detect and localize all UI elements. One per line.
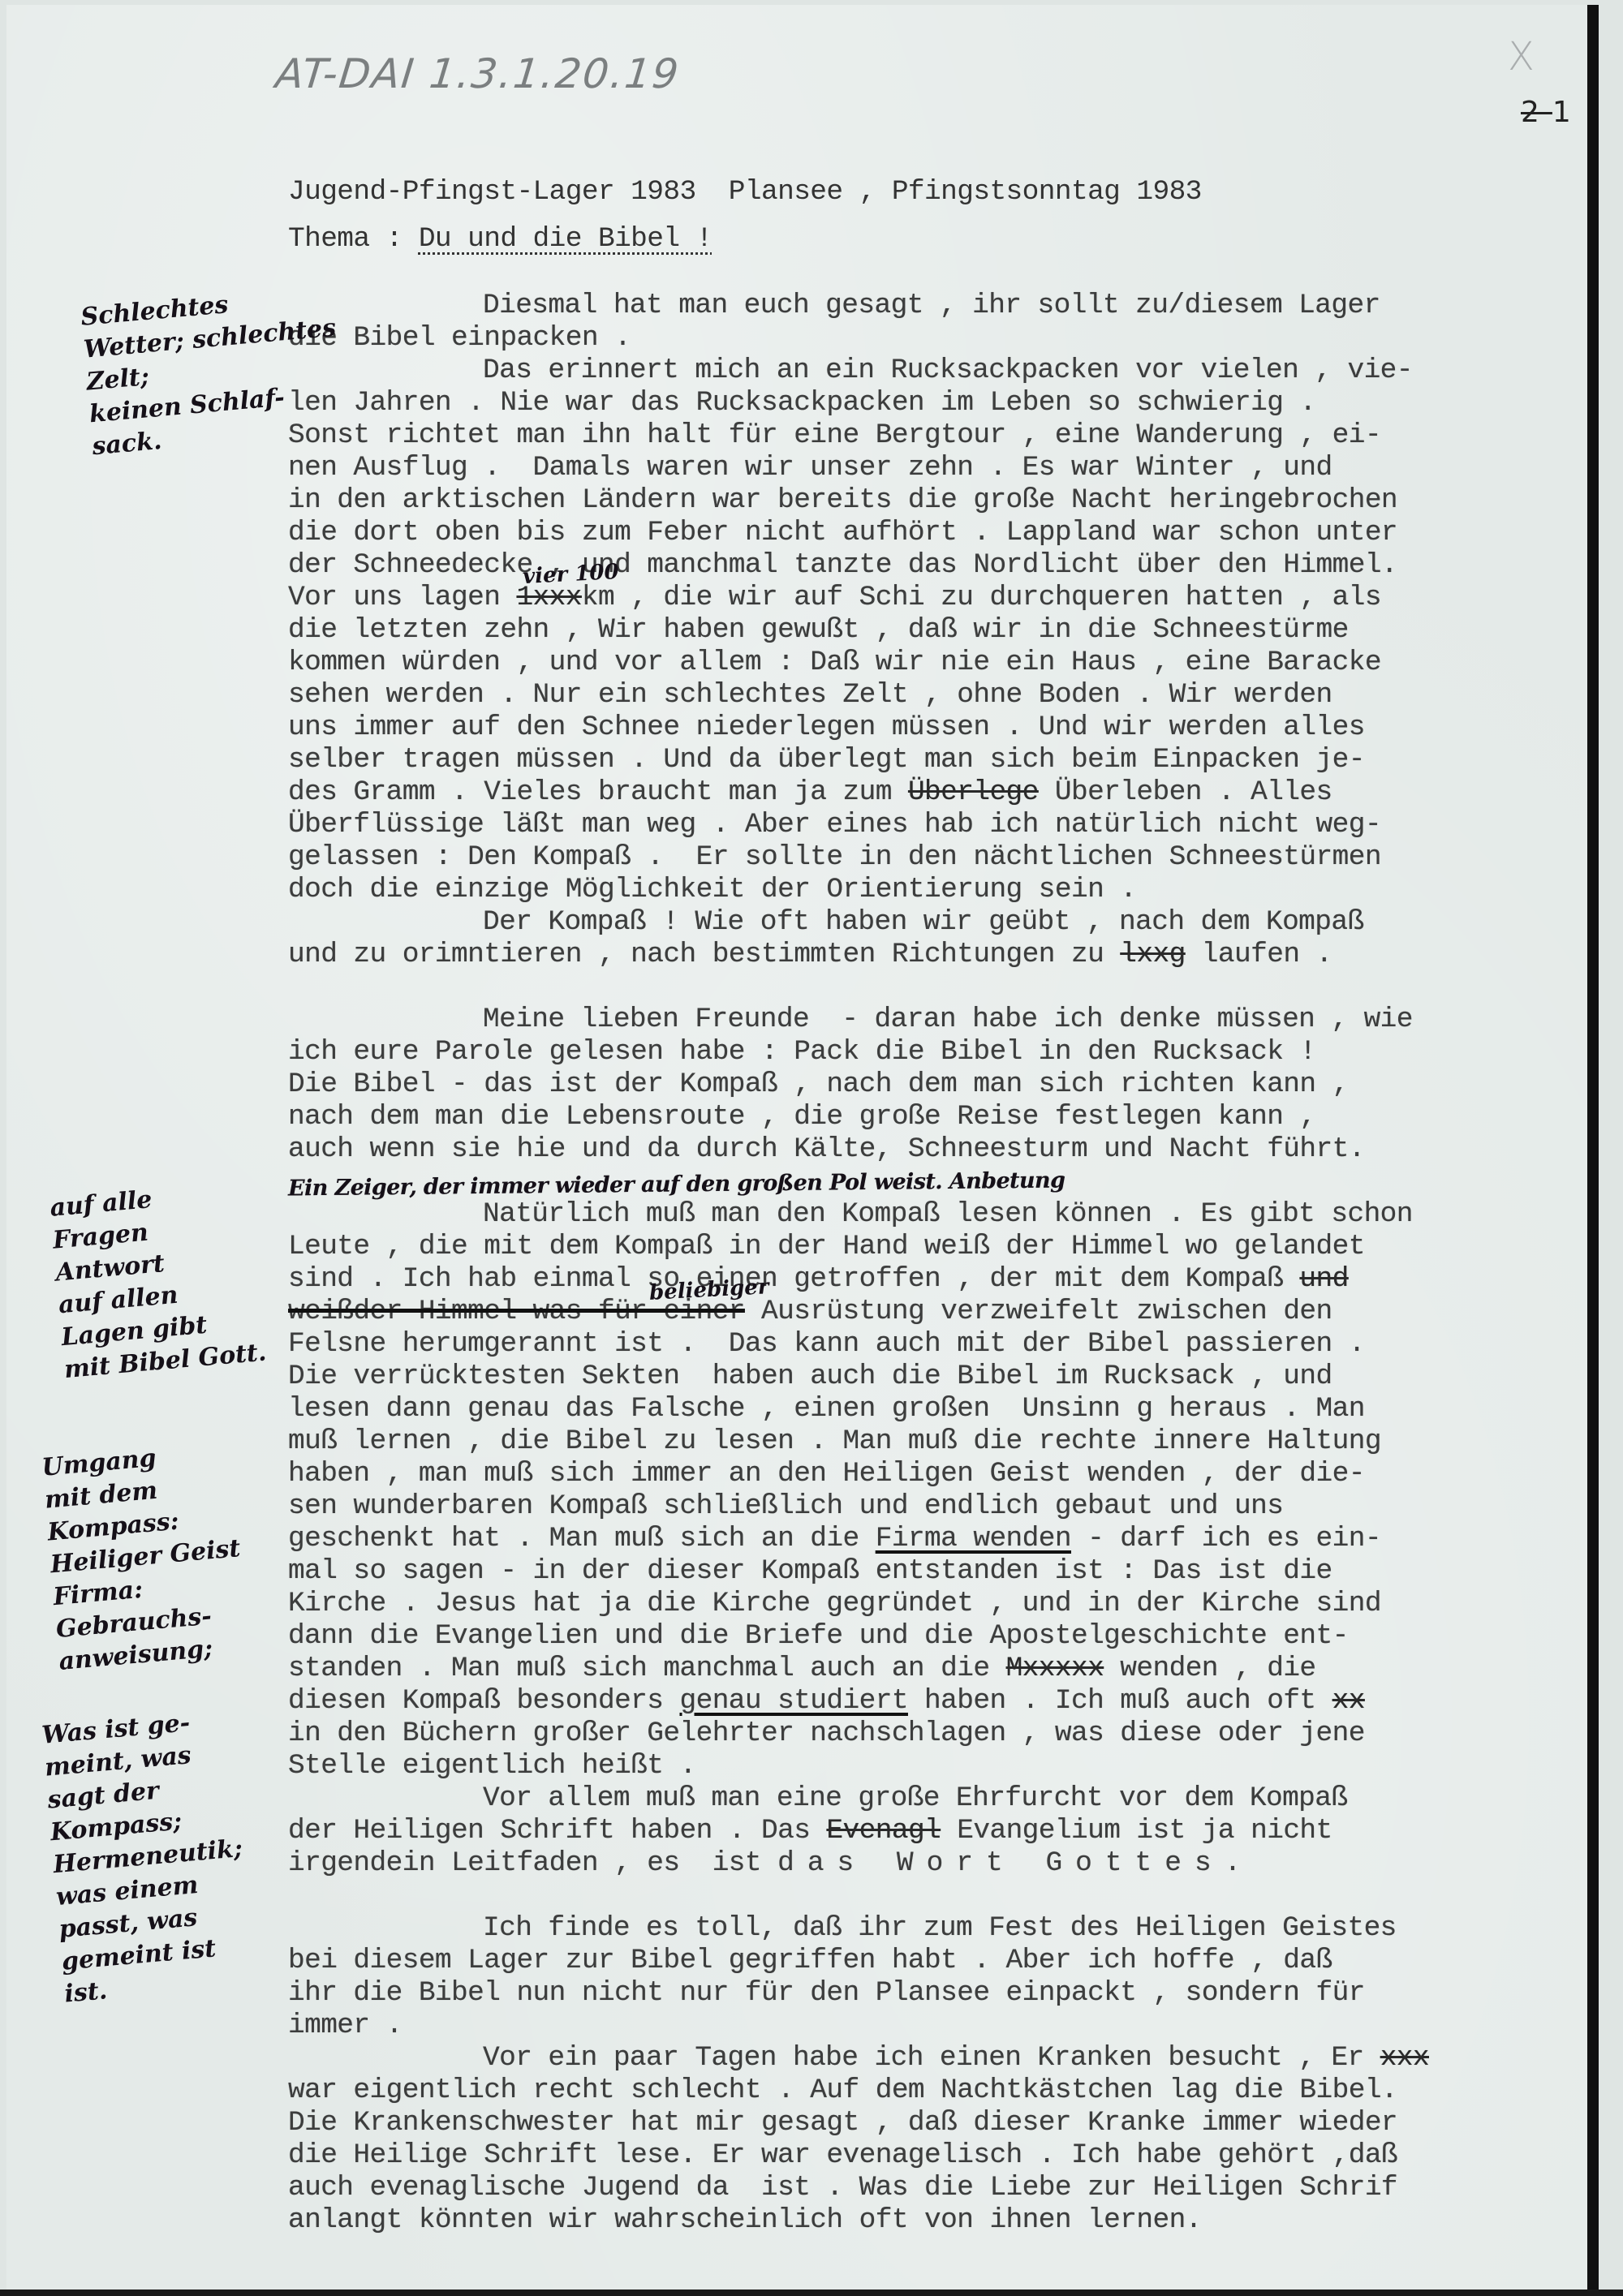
text-line: dann die Evangelien und die Briefe und d… <box>288 1620 1603 1653</box>
struck-text: xx <box>1332 1685 1365 1717</box>
text-line: Ich finde es toll, daß ihr zum Fest des … <box>288 1912 1603 1945</box>
text-line: war eigentlich recht schlecht . Auf dem … <box>288 2075 1603 2107</box>
page-number-struck: 2 <box>1521 96 1552 129</box>
text-segment: des Gramm . Vieles braucht man ja zum <box>288 776 908 808</box>
handwritten-margin-note-3: Umgang mit dem Kompass: Heiliger Geist F… <box>41 1436 250 1679</box>
text-segment: laufen . <box>1186 939 1332 970</box>
page-number: 21 <box>1521 96 1584 129</box>
text-segment: diesen Kompaß besonders <box>288 1685 679 1717</box>
underlined-text: genau studiert <box>679 1685 907 1717</box>
text-line: diesen Kompaß besonders genau studiert h… <box>288 1685 1603 1718</box>
text-line: haben , man muß sich immer an den Heilig… <box>288 1458 1603 1490</box>
text-line <box>288 971 1603 1004</box>
text-line: Vor uns lagen 1xxxkm , die wir auf Schi … <box>288 582 1603 614</box>
text-line: auch evenaglische Jugend da ist . Was di… <box>288 2172 1603 2204</box>
text-segment: der Heiligen Schrift haben . Das <box>288 1815 826 1847</box>
text-line: Meine lieben Freunde - daran habe ich de… <box>288 1004 1603 1036</box>
text-line: Diesmal hat man euch gesagt , ihr sollt … <box>288 290 1603 322</box>
text-line: Die Krankenschwester hat mir gesagt , da… <box>288 2107 1603 2139</box>
text-segment: - darf ich es ein- <box>1071 1523 1381 1554</box>
struck-text: Überlege <box>908 776 1039 808</box>
text-segment: Ausrüstung verzweifelt zwischen den <box>745 1296 1332 1327</box>
text-segment: sind . Ich hab einmal so einen getroffen… <box>288 1263 1299 1295</box>
text-line: Natürlich muß man den Kompaß lesen könne… <box>288 1198 1603 1231</box>
text-line: nen Ausflug . Damals waren wir unser zeh… <box>288 452 1603 484</box>
text-line: Felsne herumgerannt ist . Das kann auch … <box>288 1328 1603 1361</box>
text-line: len Jahren . Nie war das Rucksackpacken … <box>288 387 1603 419</box>
text-line: Das erinnert mich an ein Rucksackpacken … <box>288 355 1603 387</box>
text-line: Der Kompaß ! Wie oft haben wir geübt , n… <box>288 906 1603 939</box>
spaced-emphasis: das Wort Gottes <box>777 1847 1225 1879</box>
text-line: selber tragen müssen . Und da überlegt m… <box>288 744 1603 776</box>
text-segment: und zu orimntieren , nach bestimmten Ric… <box>288 939 1120 970</box>
text-line: sehen werden . Nur ein schlechtes Zelt ,… <box>288 679 1603 712</box>
text-line: standen . Man muß sich manchmal auch an … <box>288 1653 1603 1685</box>
text-line: der Heiligen Schrift haben . Das Evenagl… <box>288 1815 1603 1847</box>
page-number-current: 1 <box>1552 96 1584 129</box>
text-line: und zu orimntieren , nach bestimmten Ric… <box>288 939 1603 971</box>
theme-title: Du und die Bibel ! <box>419 223 712 255</box>
text-line: mal so sagen - in der dieser Kompaß ents… <box>288 1555 1603 1588</box>
struck-text: Evenagl <box>826 1815 941 1847</box>
text-line: Vor ein paar Tagen habe ich einen Kranke… <box>288 2042 1603 2075</box>
handwritten-margin-note-1: Schlechtes Wetter; schlechtes Zelt; kein… <box>80 280 346 463</box>
handwritten-margin-note-2: auf alle Fragen Antwort auf allen Lagen … <box>49 1175 268 1387</box>
handwritten-correction-km: vier 100 <box>522 560 619 589</box>
text-line: Kirche . Jesus hat ja die Kirche gegründ… <box>288 1588 1603 1620</box>
struck-text: und <box>1299 1263 1348 1295</box>
text-line: die letzten zehn , Wir haben gewußt , da… <box>288 614 1603 647</box>
theme-label: Thema : <box>288 223 419 255</box>
text-segment: km , die wir auf Schi zu durchqueren hat… <box>582 582 1381 613</box>
text-line <box>288 1880 1603 1912</box>
text-segment: geschenkt hat . Man muß sich an die <box>288 1523 876 1554</box>
text-line: Die verrücktesten Sekten haben auch die … <box>288 1361 1603 1393</box>
text-line: der Schneedecke , und manchmal tanzte da… <box>288 549 1603 582</box>
document-header: Jugend-Pfingst-Lager 1983 Plansee , Pfin… <box>288 176 1202 208</box>
text-line: sen wunderbaren Kompaß schließlich und e… <box>288 1490 1603 1523</box>
handwritten-margin-note-4: Was ist ge- meint, was sagt der Kompass;… <box>41 1704 255 2011</box>
text-line: Sonst richtet man ihn halt für eine Berg… <box>288 419 1603 452</box>
text-segment: Überleben . Alles <box>1039 776 1332 808</box>
text-segment: wenden , die <box>1104 1653 1315 1684</box>
document-theme: Thema : Du und die Bibel ! <box>288 223 712 255</box>
struck-text: xxx <box>1380 2042 1429 2074</box>
text-line: in den arktischen Ländern war bereits di… <box>288 484 1603 517</box>
text-line: muß lernen , die Bibel zu lesen . Man mu… <box>288 1425 1603 1458</box>
struck-text: lxxg <box>1120 939 1185 970</box>
text-line: Stelle eigentlich heißt . <box>288 1750 1603 1782</box>
text-line: weißder Himmel was für einer Ausrüstung … <box>288 1296 1603 1328</box>
text-segment: Vor uns lagen <box>288 582 516 613</box>
text-line: bei diesem Lager zur Bibel gegriffen hab… <box>288 1945 1603 1977</box>
text-line: Die Bibel - das ist der Kompaß , nach de… <box>288 1068 1603 1101</box>
text-line: die dort oben bis zum Feber nicht aufhör… <box>288 517 1603 549</box>
text-line: geschenkt hat . Man muß sich an die Firm… <box>288 1523 1603 1555</box>
text-line: lesen dann genau das Falsche , einen gro… <box>288 1393 1603 1425</box>
struck-text: Mxxxxx <box>1006 1653 1104 1684</box>
text-line: des Gramm . Vieles braucht man ja zum Üb… <box>288 776 1603 809</box>
scan-border <box>0 2290 1623 2296</box>
text-line: gelassen : Den Kompaß . Er sollte in den… <box>288 841 1603 874</box>
document-body: Diesmal hat man euch gesagt , ihr sollt … <box>288 290 1603 2237</box>
text-line: nach dem man die Lebensroute , die große… <box>288 1101 1603 1133</box>
text-segment: Vor ein paar Tagen habe ich einen Kranke… <box>483 2042 1380 2074</box>
text-line: die Heilige Schrift lese. Er war evenage… <box>288 2139 1603 2172</box>
archive-reference: AT-DAI 1.3.1.20.19 <box>273 50 682 97</box>
text-segment: irgendein Leitfaden , es ist <box>288 1847 777 1879</box>
text-line: Vor allem muß man eine große Ehrfurcht v… <box>288 1782 1603 1815</box>
text-line: in den Büchern großer Gelehrter nachschl… <box>288 1718 1603 1750</box>
text-segment: . <box>1225 1847 1241 1879</box>
text-segment: haben . Ich muß auch oft <box>908 1685 1332 1717</box>
text-line: uns immer auf den Schnee niederlegen müs… <box>288 712 1603 744</box>
text-line: sind . Ich hab einmal so einen getroffen… <box>288 1263 1603 1296</box>
corner-mark: X <box>1508 34 1535 80</box>
text-segment: Evangelium ist ja nicht <box>941 1815 1332 1847</box>
text-line: anlangt könnten wir wahrscheinlich oft v… <box>288 2204 1603 2237</box>
text-segment: standen . Man muß sich manchmal auch an … <box>288 1653 1006 1684</box>
text-line: doch die einzige Möglichkeit der Orienti… <box>288 874 1603 906</box>
text-line: Überflüssige läßt man weg . Aber eines h… <box>288 809 1603 841</box>
text-line: kommen würden , und vor allem : Daß wir … <box>288 647 1603 679</box>
text-line: irgendein Leitfaden , es ist das Wort Go… <box>288 1847 1603 1880</box>
text-line: die Bibel einpacken . <box>288 322 1603 355</box>
text-line: ich eure Parole gelesen habe : Pack die … <box>288 1036 1603 1068</box>
underlined-text: Firma wenden <box>876 1523 1071 1554</box>
text-line: immer . <box>288 2010 1603 2042</box>
text-line: Leute , die mit dem Kompaß in der Hand w… <box>288 1231 1603 1263</box>
text-line: ihr die Bibel nun nicht nur für den Plan… <box>288 1977 1603 2010</box>
